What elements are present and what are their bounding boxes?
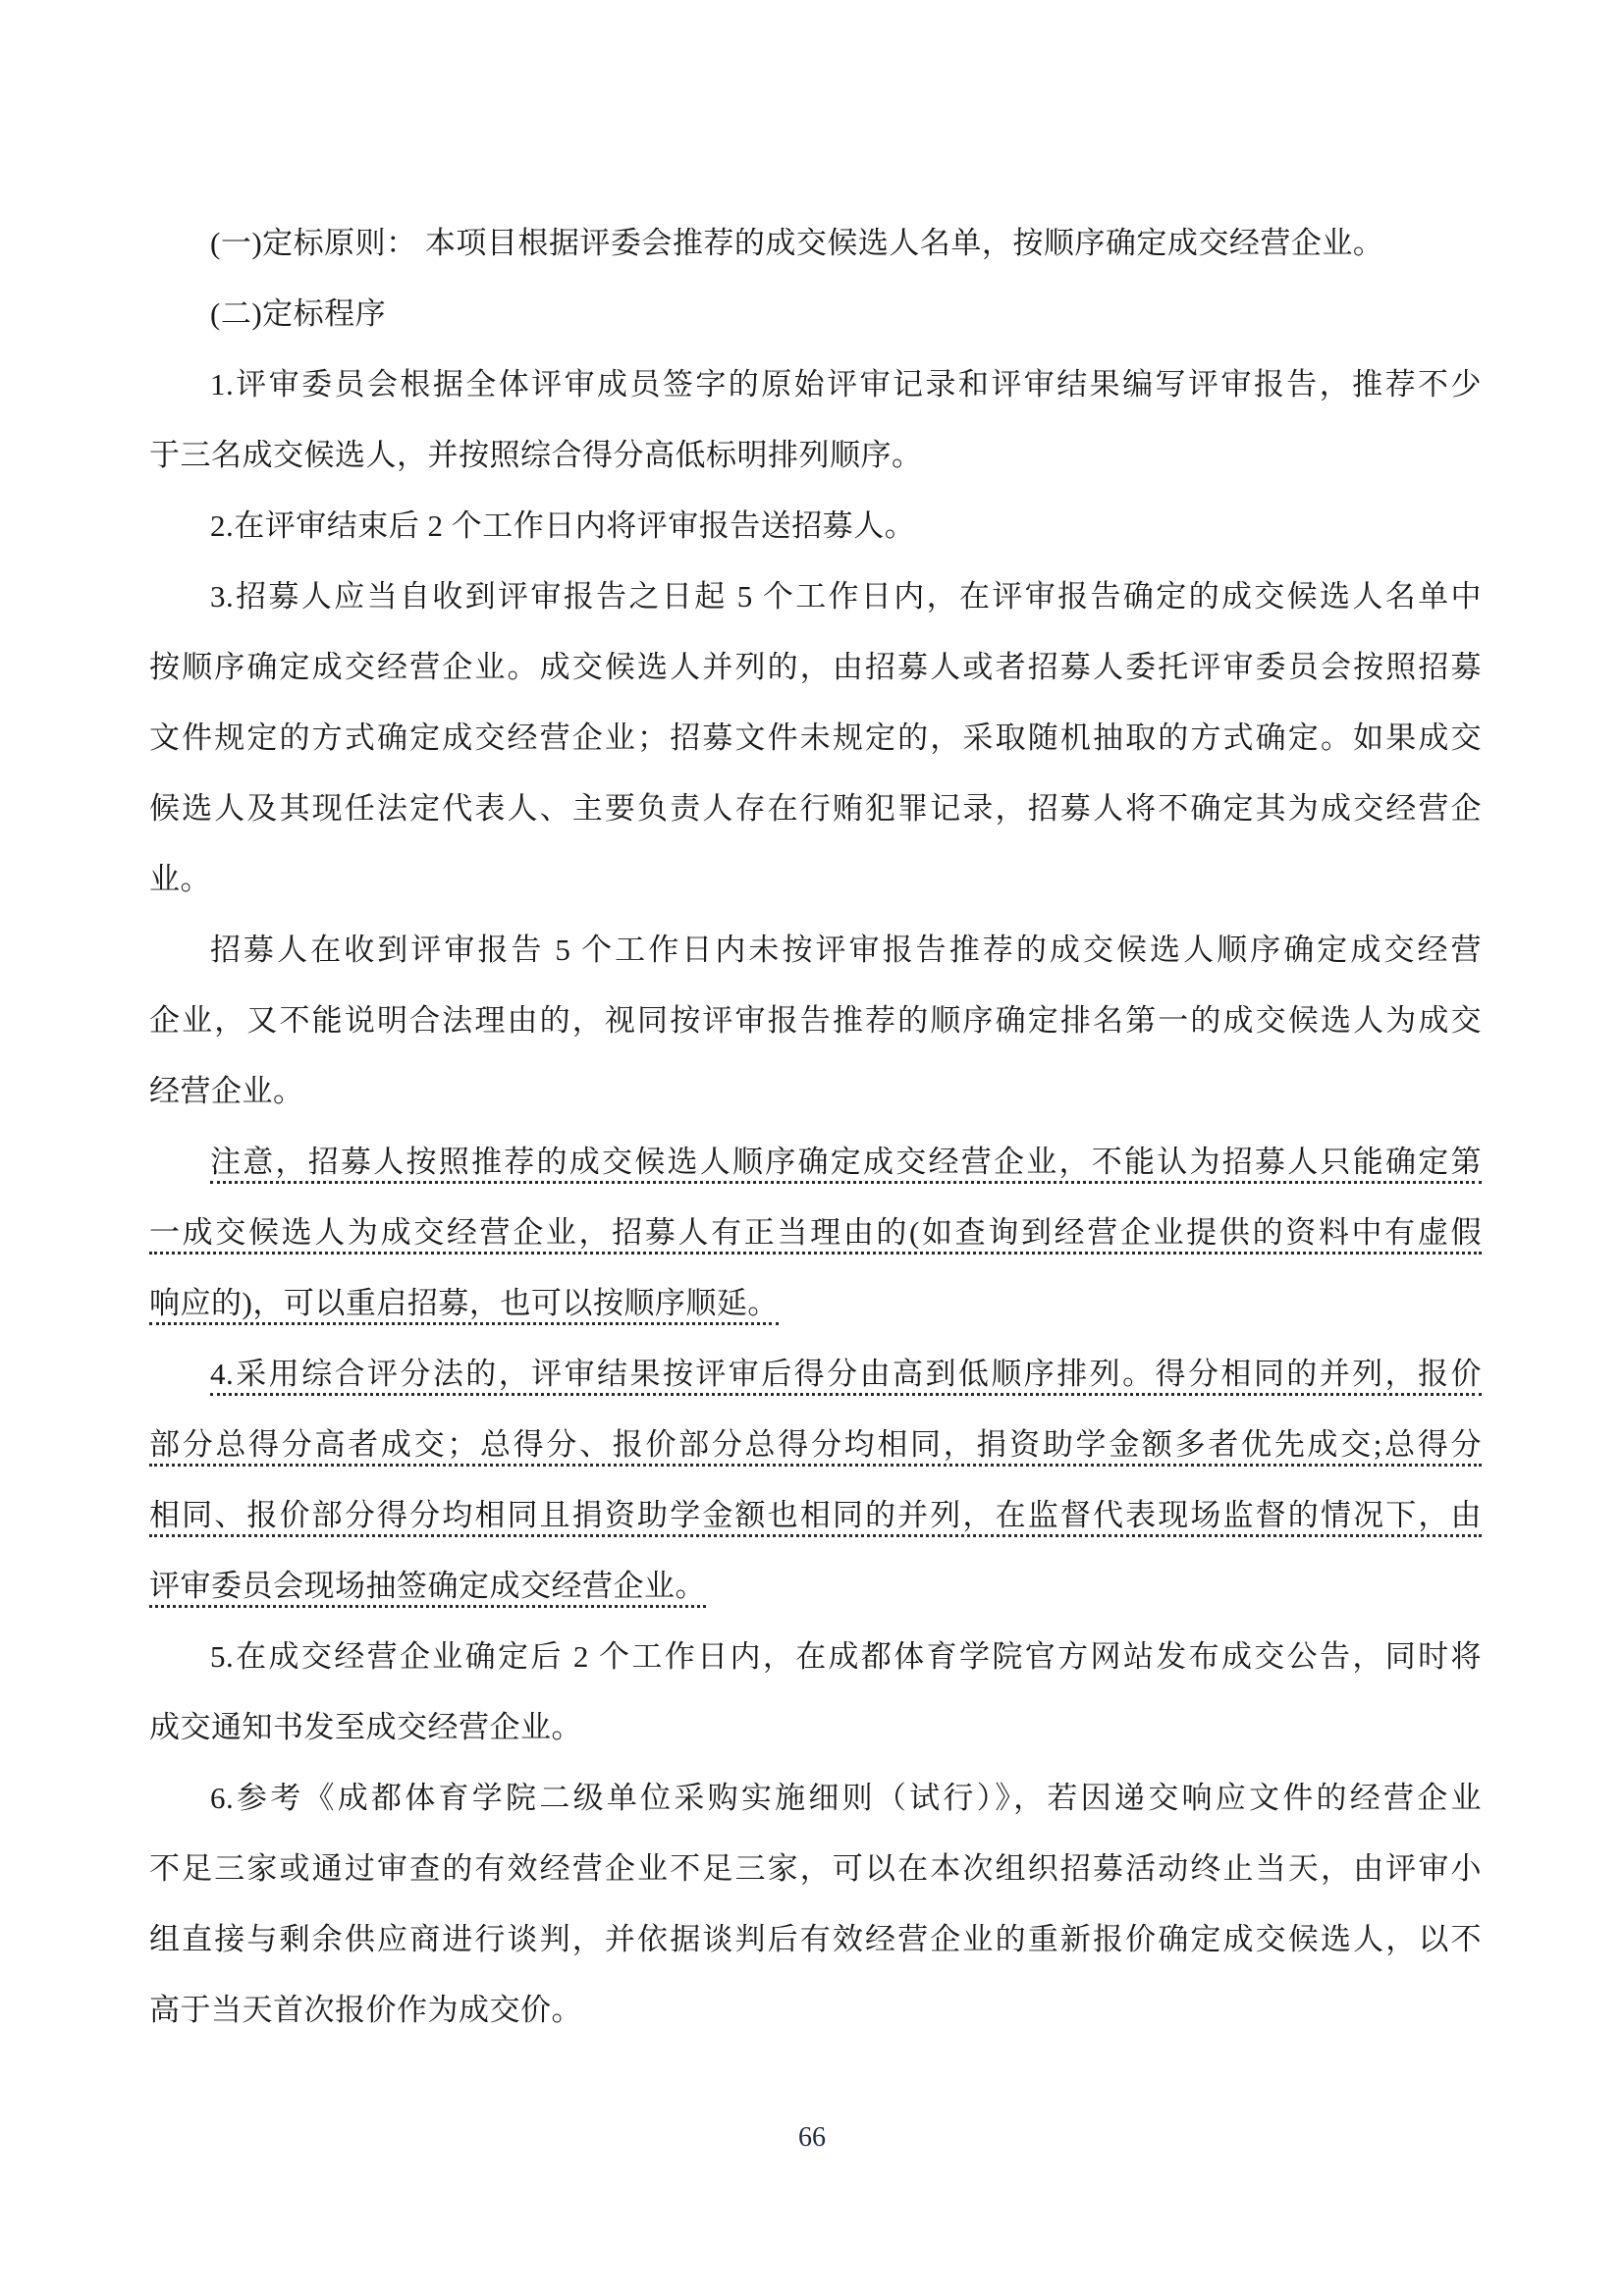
text-line: 按顺序确定成交经营企业。成交候选人并列的，由招募人或者招募人委托评审委员会按照招…	[149, 632, 1482, 703]
text-run: 评审委员会现场抽签确定成交经营企业。	[149, 1569, 706, 1608]
text-line: 招募人在收到评审报告 5 个工作日内未按评审报告推荐的成交候选人顺序确定成交经营	[149, 915, 1482, 986]
text-line: 企业，又不能说明合法理由的，视同按评审报告推荐的顺序确定排名第一的成交候选人为成…	[149, 986, 1482, 1056]
text-run: 2.在评审结束后 2 个工作日内将评审报告送招募人。	[210, 508, 915, 543]
page-number: 66	[798, 2122, 826, 2153]
text-run: 部分总得分高者成交；总得分、报价部分总得分均相同，捐资助学金额多者优先成交;总得…	[149, 1427, 1482, 1467]
text-run: 企业，又不能说明合法理由的，视同按评审报告推荐的顺序确定排名第一的成交候选人为成…	[149, 1003, 1482, 1038]
text-line: 2.在评审结束后 2 个工作日内将评审报告送招募人。	[149, 491, 1482, 561]
paragraph: 注意，招募人按照推荐的成交候选人顺序确定成交经营企业，不能认为招募人只能确定第一…	[149, 1127, 1482, 1339]
paragraph: (二)定标程序	[149, 279, 1482, 349]
text-run: 6.参考《成都体育学院二级单位采购实施细则（试行）》，若因递交响应文件的经营企业	[210, 1781, 1482, 1815]
text-line: 部分总得分高者成交；总得分、报价部分总得分均相同，捐资助学金额多者优先成交;总得…	[149, 1410, 1482, 1480]
document-page: (一)定标原则： 本项目根据评委会推荐的成交候选人名单，按顺序确定成交经营企业。…	[0, 0, 1624, 2296]
text-run: 不足三家或通过审查的有效经营企业不足三家，可以在本次组织招募活动终止当天，由评审…	[149, 1851, 1482, 1886]
text-line: 成交通知书发至成交经营企业。	[149, 1692, 1482, 1763]
text-run: 一成交候选人为成交经营企业，招募人有正当理由的(如查询到经营企业提供的资料中有虚…	[149, 1215, 1482, 1255]
text-line: 响应的)，可以重启招募，也可以按顺序顺延。	[149, 1268, 1482, 1339]
text-line: (二)定标程序	[149, 279, 1482, 349]
text-run: 相同、报价部分得分均相同且捐资助学金额也相同的并列，在监督代表现场监督的情况下，…	[149, 1498, 1482, 1537]
text-run: 于三名成交候选人，并按照综合得分高低标明排列顺序。	[149, 438, 923, 472]
text-line: 文件规定的方式确定成交经营企业；招募文件未规定的，采取随机抽取的方式确定。如果成…	[149, 703, 1482, 774]
paragraph: 2.在评审结束后 2 个工作日内将评审报告送招募人。	[149, 491, 1482, 561]
paragraph: 招募人在收到评审报告 5 个工作日内未按评审报告推荐的成交候选人顺序确定成交经营…	[149, 915, 1482, 1127]
text-line: 业。	[149, 844, 1482, 915]
text-run: (二)定标程序	[210, 296, 386, 331]
text-run: 高于当天首次报价作为成交价。	[149, 1993, 582, 2027]
text-line: 不足三家或通过审查的有效经营企业不足三家，可以在本次组织招募活动终止当天，由评审…	[149, 1834, 1482, 1904]
text-line: 注意，招募人按照推荐的成交候选人顺序确定成交经营企业，不能认为招募人只能确定第	[149, 1127, 1482, 1198]
paragraph: 6.参考《成都体育学院二级单位采购实施细则（试行）》，若因递交响应文件的经营企业…	[149, 1763, 1482, 2046]
paragraph: 4.采用综合评分法的，评审结果按评审后得分由高到低顺序排列。得分相同的并列，报价…	[149, 1339, 1482, 1622]
text-line: 候选人及其现任法定代表人、主要负责人存在行贿犯罪记录，招募人将不确定其为成交经营…	[149, 774, 1482, 844]
text-run: 组直接与剩余供应商进行谈判，并依据谈判后有效经营企业的重新报价确定成交候选人，以…	[149, 1922, 1482, 1956]
text-line: 评审委员会现场抽签确定成交经营企业。	[149, 1551, 1482, 1622]
text-run: 1.评审委员会根据全体评审成员签字的原始评审记录和评审结果编写评审报告，推荐不少	[210, 367, 1482, 401]
paragraph: 3.招募人应当自收到评审报告之日起 5 个工作日内，在评审报告确定的成交候选人名…	[149, 561, 1482, 915]
text-run: 5.在成交经营企业确定后 2 个工作日内，在成都体育学院官方网站发布成交公告，同…	[210, 1639, 1482, 1674]
text-run: 4.采用综合评分法的，评审结果按评审后得分由高到低顺序排列。得分相同的并列，报价	[210, 1357, 1482, 1396]
text-run: 候选人及其现任法定代表人、主要负责人存在行贿犯罪记录，招募人将不确定其为成交经营…	[149, 791, 1482, 826]
text-line: 一成交候选人为成交经营企业，招募人有正当理由的(如查询到经营企业提供的资料中有虚…	[149, 1198, 1482, 1268]
text-line: 4.采用综合评分法的，评审结果按评审后得分由高到低顺序排列。得分相同的并列，报价	[149, 1339, 1482, 1410]
text-line: 组直接与剩余供应商进行谈判，并依据谈判后有效经营企业的重新报价确定成交候选人，以…	[149, 1904, 1482, 1975]
text-run: 3.招募人应当自收到评审报告之日起 5 个工作日内，在评审报告确定的成交候选人名…	[210, 579, 1482, 614]
paragraph: (一)定标原则： 本项目根据评委会推荐的成交候选人名单，按顺序确定成交经营企业。	[149, 208, 1482, 279]
text-run: 响应的)，可以重启招募，也可以按顺序顺延。	[149, 1286, 779, 1325]
text-run: 成交通知书发至成交经营企业。	[149, 1710, 582, 1744]
text-line: 于三名成交候选人，并按照综合得分高低标明排列顺序。	[149, 420, 1482, 491]
text-line: 经营企业。	[149, 1056, 1482, 1127]
text-line: 高于当天首次报价作为成交价。	[149, 1975, 1482, 2046]
text-run: 按顺序确定成交经营企业。成交候选人并列的，由招募人或者招募人委托评审委员会按照招…	[149, 650, 1482, 684]
text-line: 1.评审委员会根据全体评审成员签字的原始评审记录和评审结果编写评审报告，推荐不少	[149, 349, 1482, 420]
text-run: (一)定标原则： 本项目根据评委会推荐的成交候选人名单，按顺序确定成交经营企业。	[210, 226, 1383, 260]
text-line: 3.招募人应当自收到评审报告之日起 5 个工作日内，在评审报告确定的成交候选人名…	[149, 561, 1482, 632]
text-line: (一)定标原则： 本项目根据评委会推荐的成交候选人名单，按顺序确定成交经营企业。	[149, 208, 1482, 279]
paragraph: 5.在成交经营企业确定后 2 个工作日内，在成都体育学院官方网站发布成交公告，同…	[149, 1622, 1482, 1763]
text-run: 业。	[149, 862, 211, 896]
text-run: 文件规定的方式确定成交经营企业；招募文件未规定的，采取随机抽取的方式确定。如果成…	[149, 721, 1482, 755]
text-line: 相同、报价部分得分均相同且捐资助学金额也相同的并列，在监督代表现场监督的情况下，…	[149, 1480, 1482, 1551]
document-content: (一)定标原则： 本项目根据评委会推荐的成交候选人名单，按顺序确定成交经营企业。…	[149, 208, 1482, 2046]
paragraph: 1.评审委员会根据全体评审成员签字的原始评审记录和评审结果编写评审报告，推荐不少…	[149, 349, 1482, 491]
text-line: 6.参考《成都体育学院二级单位采购实施细则（试行）》，若因递交响应文件的经营企业	[149, 1763, 1482, 1834]
text-run: 经营企业。	[149, 1074, 304, 1108]
text-line: 5.在成交经营企业确定后 2 个工作日内，在成都体育学院官方网站发布成交公告，同…	[149, 1622, 1482, 1692]
page-footer: 66	[0, 2118, 1624, 2158]
text-run: 招募人在收到评审报告 5 个工作日内未按评审报告推荐的成交候选人顺序确定成交经营	[210, 933, 1482, 967]
text-run: 注意，招募人按照推荐的成交候选人顺序确定成交经营企业，不能认为招募人只能确定第	[210, 1145, 1482, 1184]
